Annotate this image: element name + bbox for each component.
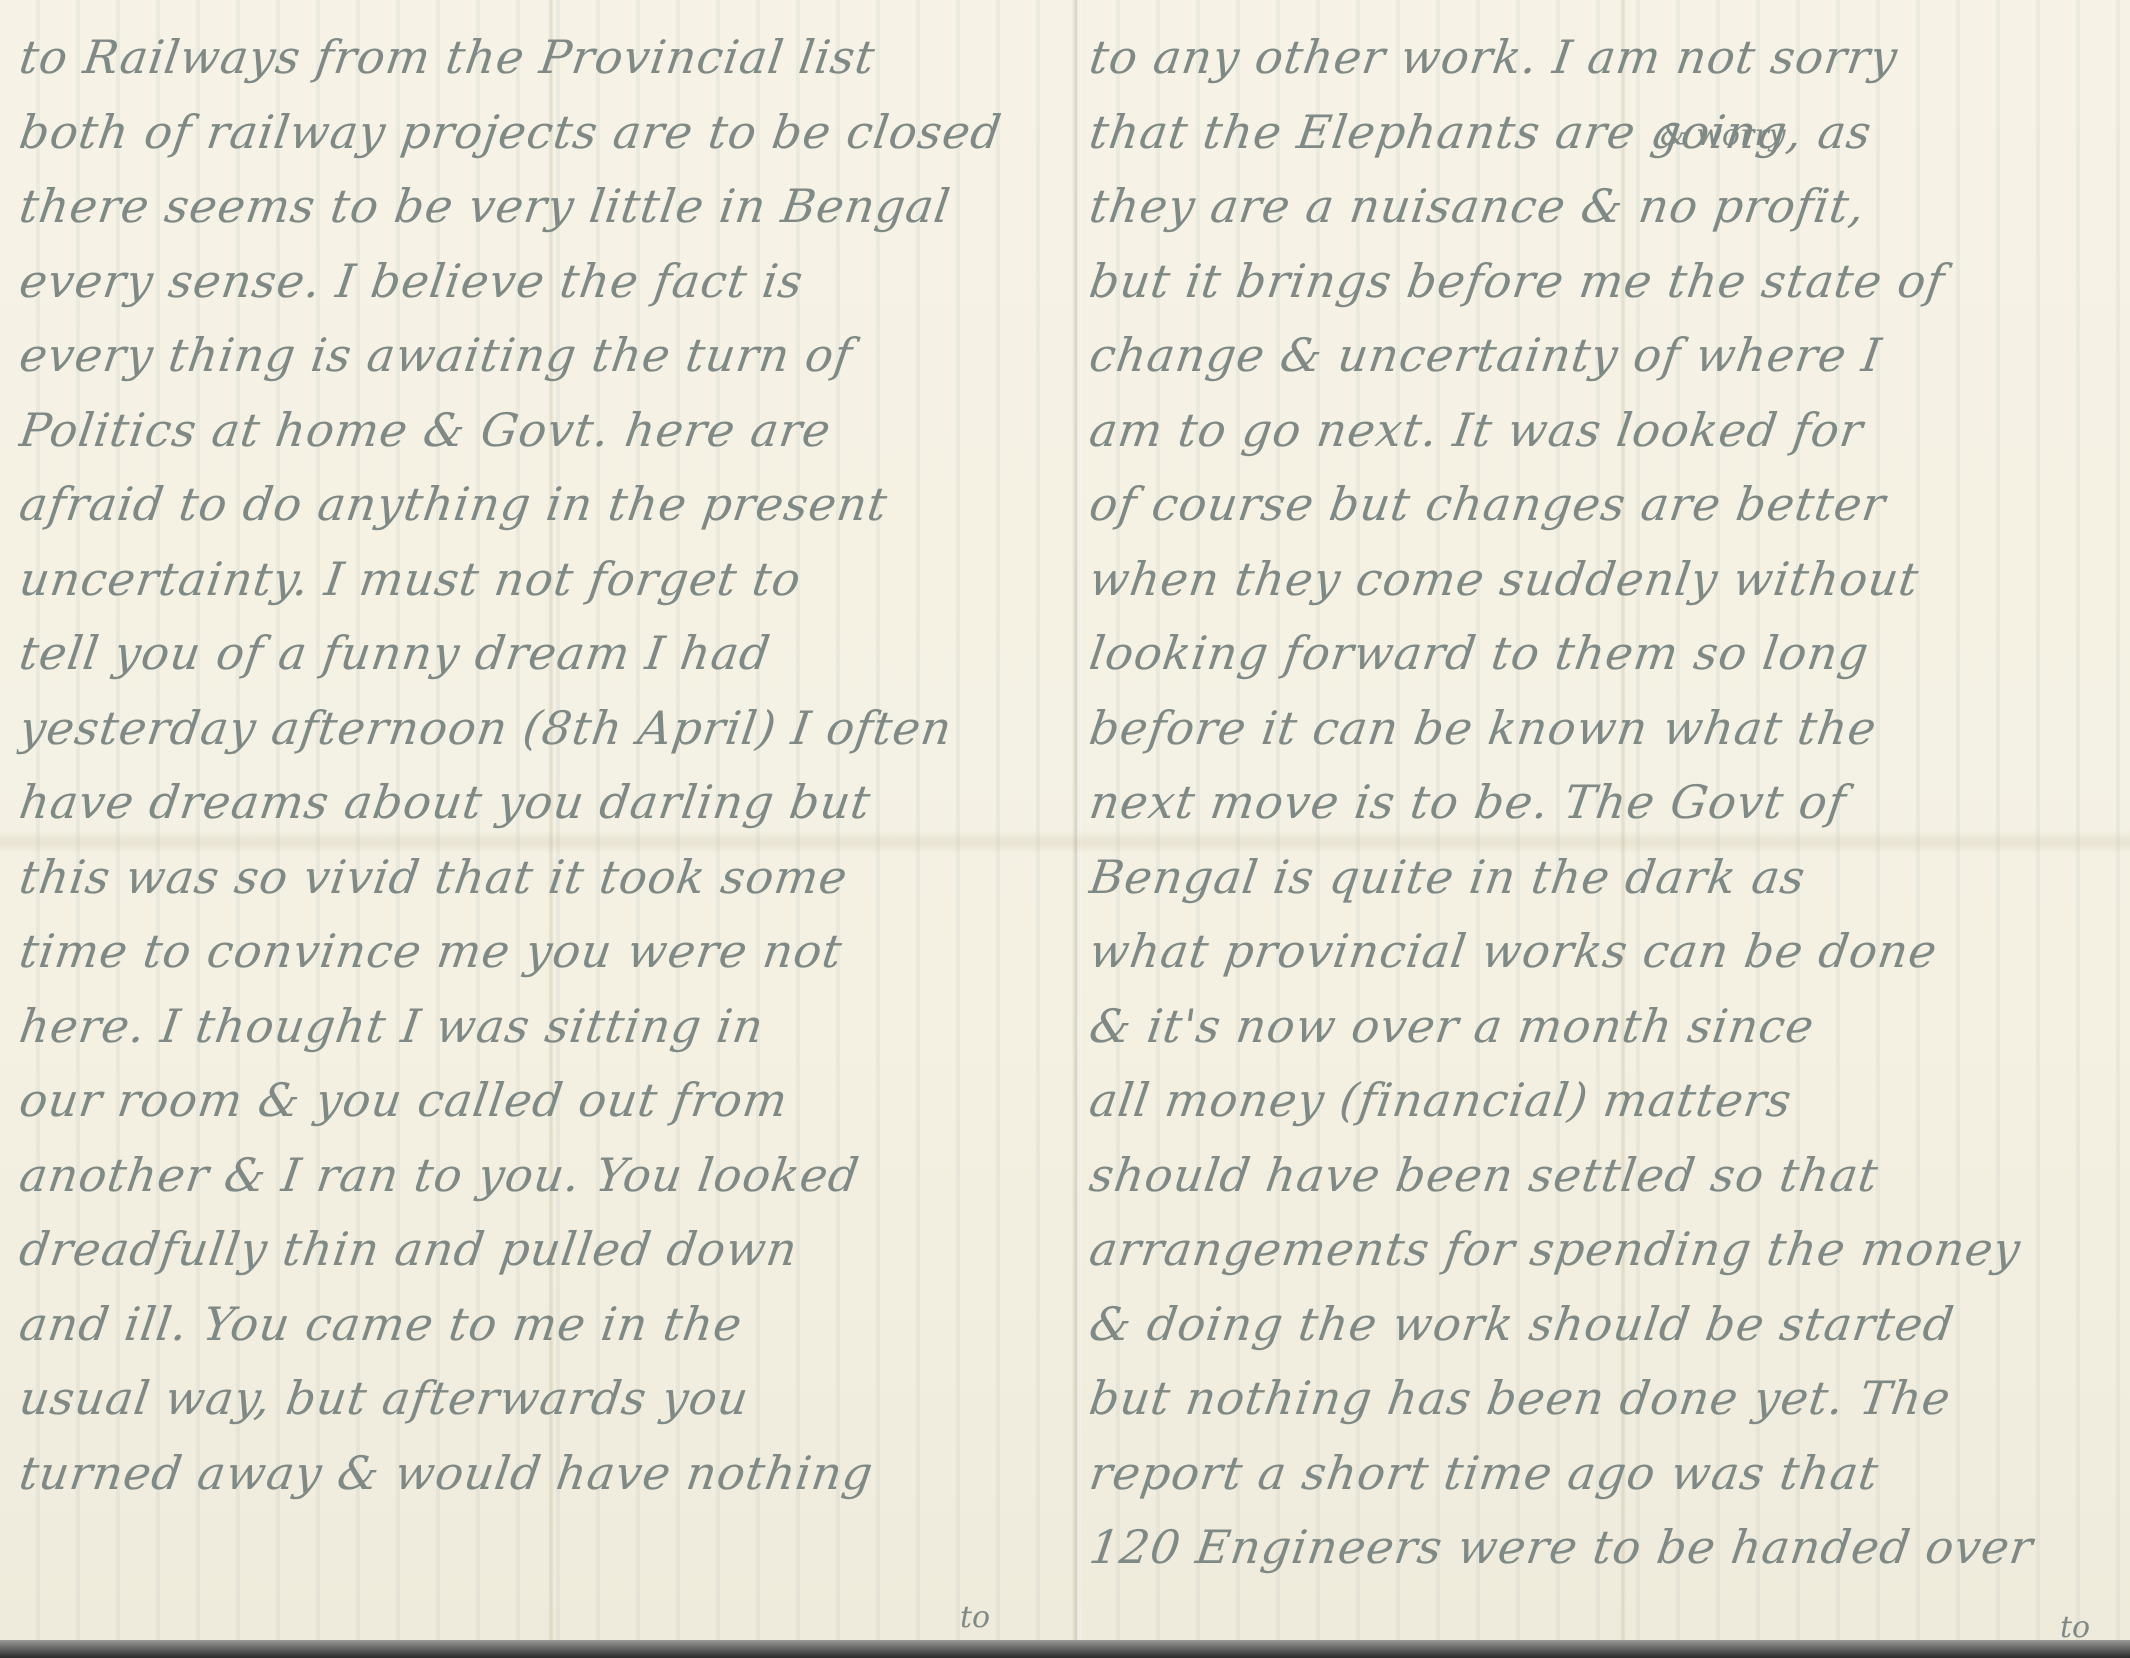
text-line: what provincial works can be done [1085,914,2115,989]
text-line: time to convince me you were not [15,914,1045,989]
text-line: to Railways from the Provincial list [15,20,1045,95]
text-line: arrangements for spending the money [1085,1212,2115,1287]
text-line: 120 Engineers were to be handed over [1085,1510,2115,1585]
text-line: before it can be known what the [1085,691,2115,766]
text-line: have dreams about you darling but [15,765,1045,840]
text-line: & doing the work should be started [1085,1287,2115,1362]
center-fold [1072,0,1082,1640]
text-line: but nothing has been done yet. The [1085,1361,2115,1436]
text-line: Politics at home & Govt. here are [15,393,1045,468]
text-line: our room & you called out from [15,1063,1045,1138]
text-line: that the Elephants are going, as [1085,95,2115,170]
text-line: when they come suddenly without [1085,542,2115,617]
text-line: of course but changes are better [1085,467,2115,542]
left-column-text: to Railways from the Provincial list bot… [20,20,1040,1510]
text-line: all money (financial) matters [1085,1063,2115,1138]
letter-page: to Railways from the Provincial list bot… [0,0,2130,1640]
text-line: to any other work. I am not sorry [1085,20,2115,95]
text-line: but it brings before me the state of [1085,244,2115,319]
right-column-text: to any other work. I am not sorry that t… [1090,20,2110,1585]
text-line: & it's now over a month since [1085,989,2115,1064]
text-line: report a short time ago was that [1085,1436,2115,1511]
text-line: here. I thought I was sitting in [15,989,1045,1064]
text-line: another & I ran to you. You looked [15,1138,1045,1213]
text-line: am to go next. It was looked for [1085,393,2115,468]
text-line: every thing is awaiting the turn of [15,318,1045,393]
text-line: usual way, but afterwards you [15,1361,1045,1436]
text-line: afraid to do anything in the present [15,467,1045,542]
text-line: change & uncertainty of where I [1085,318,2115,393]
text-line: turned away & would have nothing [15,1436,1045,1511]
text-line: next move is to be. The Govt of [1085,765,2115,840]
text-line: should have been settled so that [1085,1138,2115,1213]
text-line: they are a nuisance & no profit, [1085,169,2115,244]
catchword-left: to [960,1600,990,1635]
interlinear-insertion: & worry [1660,118,1786,153]
text-line: uncertainty. I must not forget to [15,542,1045,617]
scan-bottom-edge [0,1640,2130,1658]
text-line: every sense. I believe the fact is [15,244,1045,319]
text-line: tell you of a funny dream I had [15,616,1045,691]
text-line: yesterday afternoon (8th April) I often [15,691,1045,766]
text-line: dreadfully thin and pulled down [15,1212,1045,1287]
text-line: looking forward to them so long [1085,616,2115,691]
text-line: this was so vivid that it took some [15,840,1045,915]
text-line: there seems to be very little in Bengal [15,169,1045,244]
text-line: Bengal is quite in the dark as [1085,840,2115,915]
text-line: and ill. You came to me in the [15,1287,1045,1362]
text-line: both of railway projects are to be close… [15,95,1045,170]
